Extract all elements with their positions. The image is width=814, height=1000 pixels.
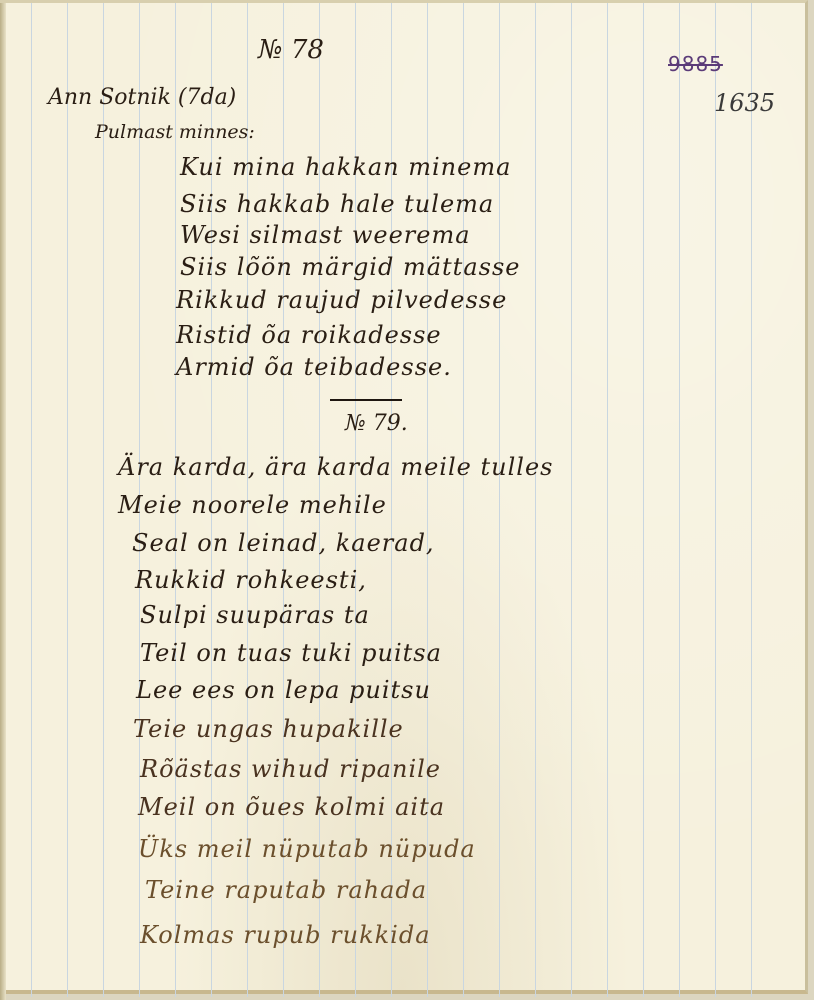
archive-page-number: 1635: [714, 89, 775, 117]
song-divider: [330, 399, 402, 401]
verse-line: Ära karda, ära karda meile tulles: [118, 453, 553, 481]
verse-line: Wesi silmast weerema: [180, 221, 471, 249]
verse-line: Ristid õa roikadesse: [176, 321, 442, 349]
ruled-line: [751, 3, 752, 997]
ruled-line: [31, 3, 32, 997]
verse-line: Rikkud raujud pilvedesse: [176, 286, 507, 314]
verse-line: Üks meil nüputab nüpuda: [138, 835, 476, 863]
verse-line: Rukkid rohkeesti,: [135, 566, 367, 594]
verse-line: Sulpi suupäras ta: [140, 601, 370, 629]
ruled-line: [715, 3, 716, 997]
ruled-line: [571, 3, 572, 997]
verse-line: Kolmas rupub rukkida: [140, 921, 431, 949]
verse-line: Armid õa teibadesse.: [176, 353, 452, 381]
verse-line: Seal on leinad, kaerad,: [132, 529, 435, 557]
song-number-78: № 78: [258, 35, 324, 65]
ruled-line: [67, 3, 68, 997]
ruled-line: [643, 3, 644, 997]
archive-stamp-crossed: 9885: [668, 52, 723, 76]
ruled-line: [679, 3, 680, 997]
page-binding-edge: [0, 3, 6, 1000]
verse-line: Siis lõön märgid mättasse: [180, 253, 520, 281]
verse-line: Meil on õues kolmi aita: [138, 793, 445, 821]
song-occasion: Pulmast minnes:: [95, 121, 255, 143]
song-number-79: № 79.: [345, 411, 408, 436]
ruled-line: [535, 3, 536, 997]
verse-line: Teil on tuas tuki puitsa: [140, 639, 442, 667]
verse-line: Teie ungas hupakille: [133, 715, 404, 743]
verse-line: Meie noorele mehile: [118, 491, 387, 519]
verse-line: Rõästas wihud ripanile: [140, 755, 441, 783]
ruled-line: [607, 3, 608, 997]
verse-line: Siis hakkab hale tulema: [180, 190, 494, 218]
verse-line: Teine raputab rahada: [145, 876, 427, 904]
singer-name: Ann Sotnik (7da): [48, 85, 236, 110]
manuscript-page: 9885 1635 № 78 Ann Sotnik (7da) Pulmast …: [0, 0, 808, 994]
verse-line: Kui mina hakkan minema: [180, 153, 511, 181]
verse-line: Lee ees on lepa puitsu: [136, 676, 431, 704]
ruled-line: [103, 3, 104, 997]
